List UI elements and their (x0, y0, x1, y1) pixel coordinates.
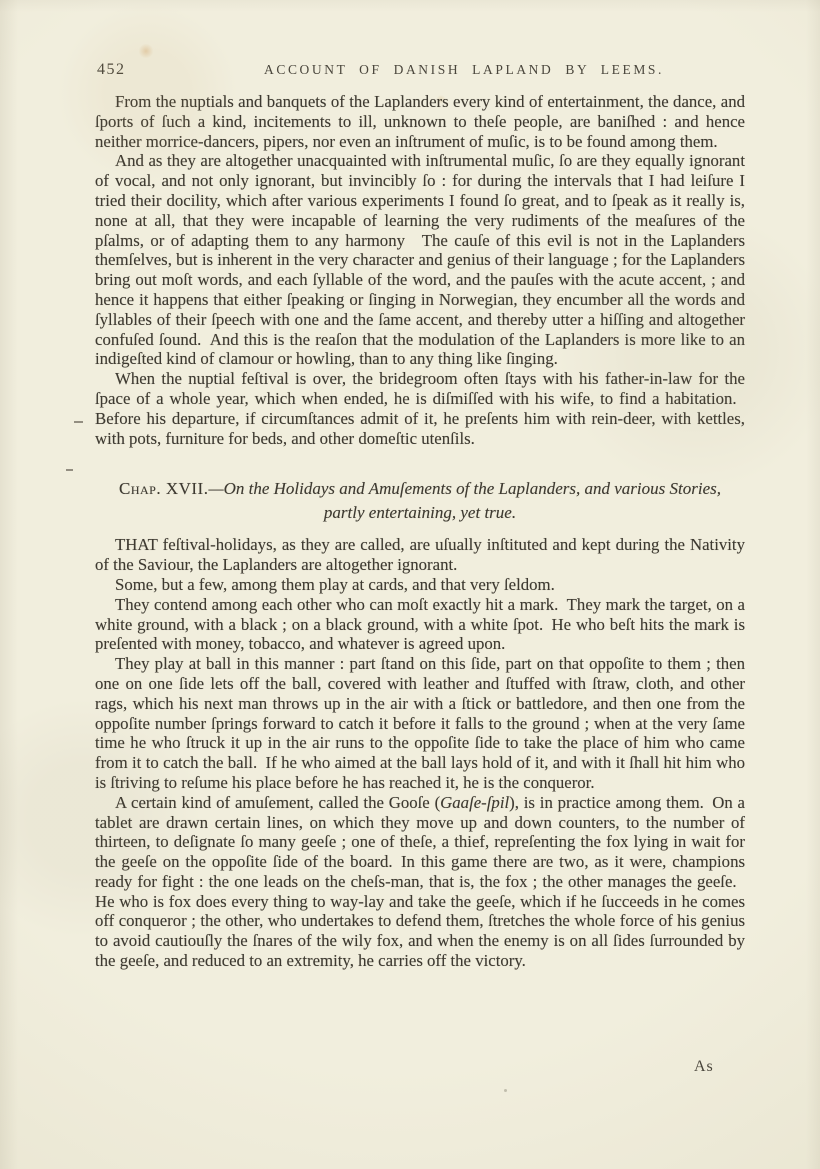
paper-stain (138, 44, 154, 58)
page-body: From the nuptials and banquets of the La… (95, 92, 745, 971)
catchword: As (694, 1058, 714, 1076)
goose-text-post: ), is in practice among them. On a table… (95, 793, 745, 970)
paragraph-music: And as they are altogether unacquainted … (95, 151, 745, 369)
page-header: 452 ACCOUNT OF DANISH LAPLAND BY LEEMS. (95, 58, 745, 82)
paragraph-festival-holidays: THAT feſtival-holidays, as they are call… (95, 535, 745, 575)
ink-speck (504, 1089, 507, 1092)
paragraph-ball-game: They play at ball in this manner : part … (95, 654, 745, 793)
paragraph-cards: Some, but a few, among them play at card… (95, 575, 745, 595)
paragraph-nuptials: From the nuptials and banquets of the La… (95, 92, 745, 151)
paragraph-bridegroom: When the nuptial feſtival is over, the b… (95, 369, 745, 448)
paragraph-target-shooting: They contend among each other who can mo… (95, 595, 745, 654)
running-title: ACCOUNT OF DANISH LAPLAND BY LEEMS. (95, 62, 745, 78)
ink-speck (66, 469, 73, 471)
ink-speck (74, 421, 83, 423)
chapter-title-line1: —On the Holidays and Amuſements of the L… (208, 479, 721, 498)
chapter-heading: Chap. XVII.—On the Holidays and Amuſemen… (95, 477, 745, 525)
goose-game-name-italic: Gaaſe-ſpil (440, 793, 509, 812)
chapter-title-line2: partly entertaining, yet true. (324, 503, 516, 522)
chapter-number-label: Chap. XVII. (119, 479, 208, 498)
goose-text-pre: A certain kind of amuſement, called the … (115, 793, 440, 812)
book-page-scan: 452 ACCOUNT OF DANISH LAPLAND BY LEEMS. … (0, 0, 820, 1169)
paragraph-goose-game: A certain kind of amuſement, called the … (95, 793, 745, 971)
